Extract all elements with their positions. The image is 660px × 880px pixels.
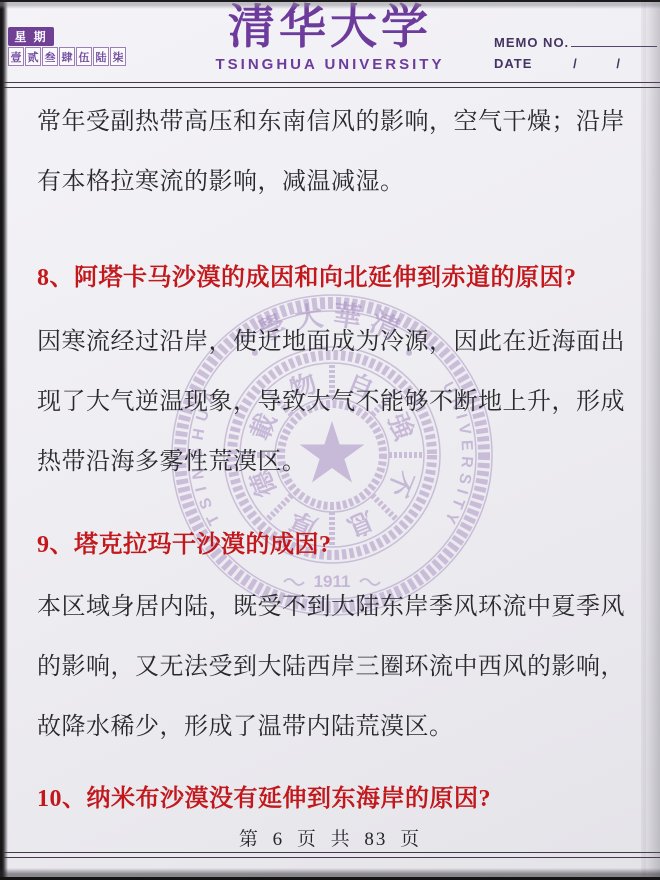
scan-shadow-right [642, 0, 660, 880]
intro-paragraph: 常年受副热带高压和东南信风的影响，空气干燥；沿岸有本格拉寒流的影响，减温减湿。 [37, 92, 625, 212]
paper-fold-right [641, 0, 646, 880]
date-label: DATE [494, 56, 532, 71]
date-slash: / [616, 56, 621, 71]
section-9-heading: 9、塔克拉玛干沙漠的成因? [37, 530, 637, 560]
footer-double-rule [0, 852, 660, 858]
header-double-rule [0, 82, 660, 88]
section-9-body: 本区域身居内陆，既受不到大陆东岸季风环流中夏季风的影响，又无法受到大陆西岸三圈环… [37, 577, 625, 757]
footer-page-indicator: 第 6 页 共 83 页 [0, 827, 660, 853]
date-row: DATE / / [494, 56, 621, 71]
memo-no-row: MEMO NO. [494, 33, 657, 50]
scan-edge-left [0, 0, 8, 880]
section-8-heading: 8、阿塔卡马沙漠的成因和向北延伸到赤道的原因? [37, 263, 637, 293]
memo-page: 學大華清 TSINGHUA UNIVERSITY 1911 自 強 不 息 厚 … [0, 0, 660, 880]
scan-edge-bottom [0, 868, 660, 880]
memo-no-blank-line [571, 33, 657, 47]
memo-no-label: MEMO NO. [494, 35, 569, 50]
date-slash: / [573, 56, 578, 71]
section-10-heading: 10、纳米布沙漠没有延伸到东海岸的原因? [37, 784, 637, 814]
section-8-body: 因寒流经过沿岸，使近地面成为冷源，因此在近海面出现了大气逆温现象，导致大气不能够… [37, 312, 625, 492]
